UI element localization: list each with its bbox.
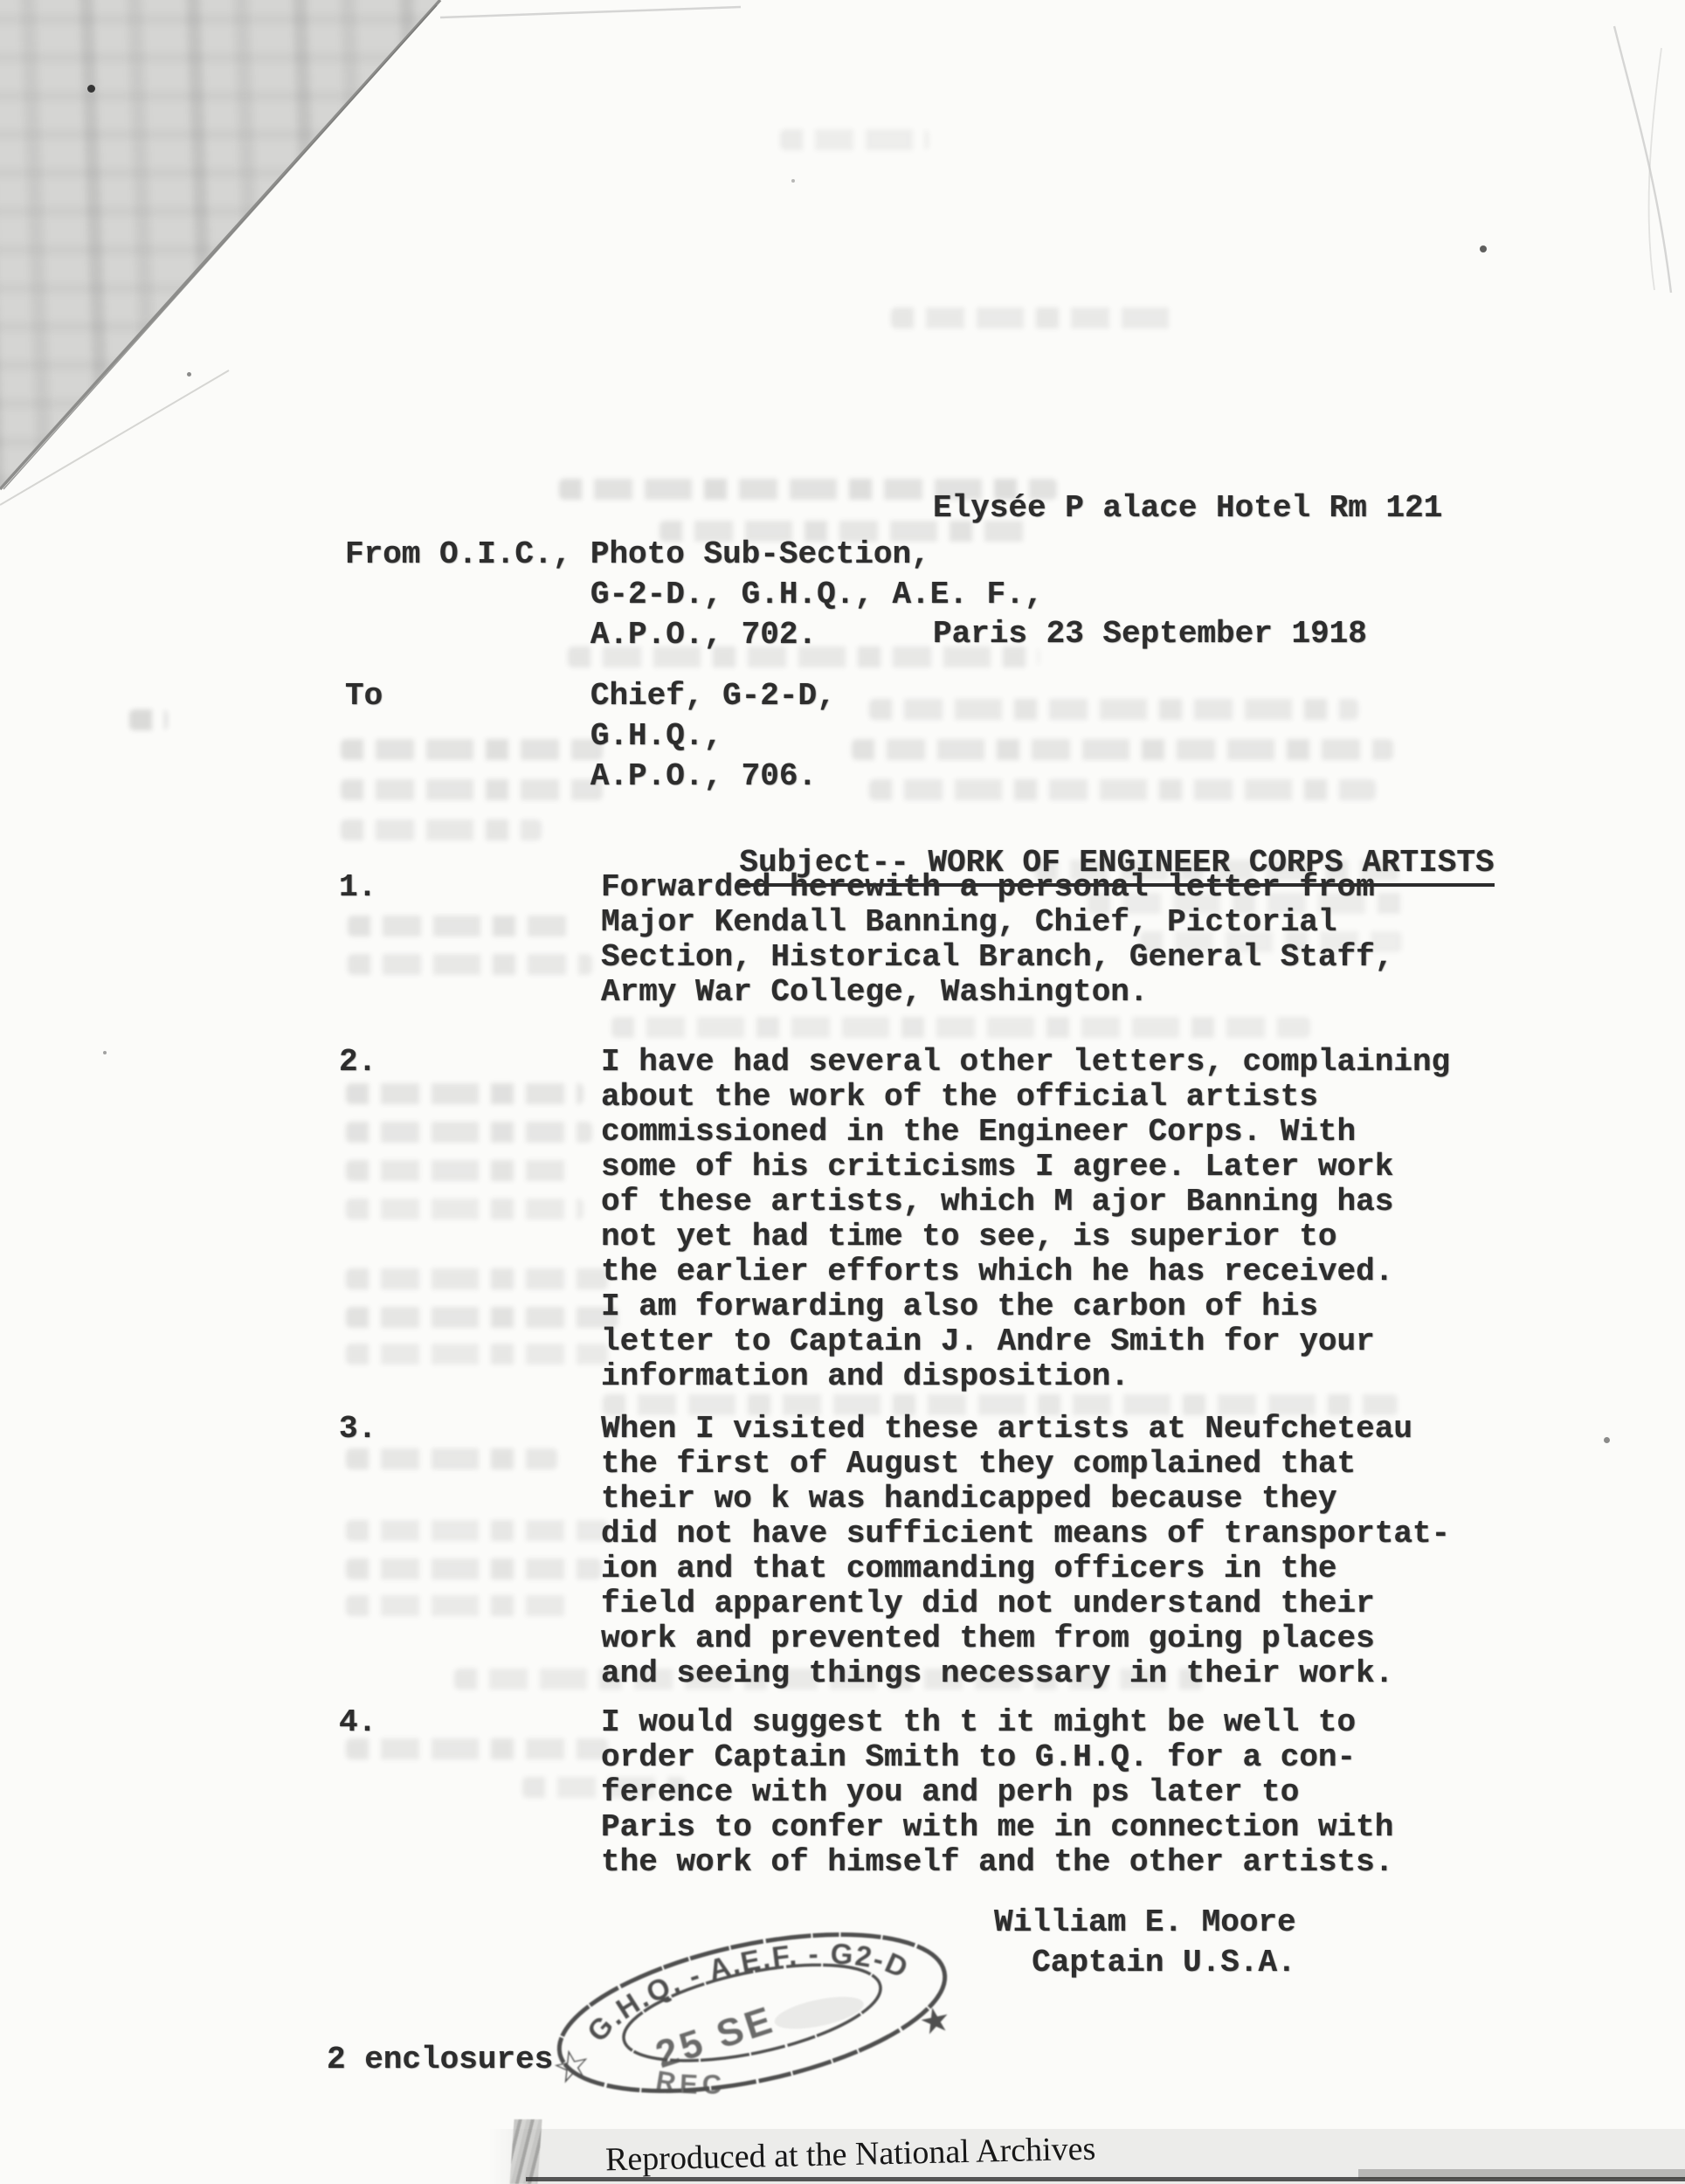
received-stamp: G.H.Q. - A.E.F. - G2-D REC 25 SE ☆ ★ — [529, 1880, 984, 2151]
ink-speck — [187, 372, 191, 377]
hotel-name-line: Elysée P alace Hotel Rm 121 — [933, 487, 1442, 529]
bleedthrough-line — [346, 1307, 618, 1328]
from-block: From O.I.C., Photo Sub-Section, G-2-D., … — [345, 535, 1043, 655]
under-page-edge — [440, 7, 741, 17]
corner-crease-2 — [1649, 48, 1661, 290]
bleedthrough-line — [129, 709, 168, 730]
bleedthrough-line — [346, 1344, 608, 1365]
paragraph-text: I would suggest th t it might be well to… — [601, 1705, 1393, 1880]
paragraph-number: 1. — [339, 870, 376, 905]
bleedthrough-line — [348, 954, 592, 975]
bleedthrough-line — [346, 1738, 608, 1759]
ink-speck — [87, 85, 95, 93]
paragraph-number: 4. — [339, 1705, 376, 1740]
enclosures-note: 2 enclosures — [327, 2042, 553, 2077]
paragraph-number: 2. — [339, 1045, 376, 1080]
bottom-edge-line — [526, 2177, 1685, 2181]
stamp-star-right-icon: ★ — [915, 1999, 954, 2042]
paragraph: 2. I have had several other letters, com… — [0, 1045, 1685, 1054]
bleedthrough-line — [869, 779, 1376, 800]
stamp-star-left-icon: ☆ — [548, 2038, 596, 2094]
bleedthrough-line — [780, 129, 929, 150]
to-block: To Chief, G-2-D, G.H.Q., A.P.O., 706. — [345, 676, 836, 797]
bleedthrough-line — [346, 1160, 575, 1181]
paragraph-number: 3. — [339, 1412, 376, 1447]
paragraph: 1. Forwarded herewith a personal letter … — [0, 870, 1685, 879]
corner-crease — [1614, 26, 1671, 293]
paragraph-text: Forwarded herewith a personal letter fro… — [601, 870, 1393, 1010]
ink-speck — [1480, 245, 1487, 252]
bleedthrough-line — [852, 739, 1393, 760]
bleedthrough-line — [341, 819, 542, 840]
bleedthrough-line — [346, 1199, 584, 1220]
paragraph: 3. When I visited these artists at Neufc… — [0, 1412, 1685, 1420]
bleedthrough-line — [346, 1083, 584, 1104]
signature-block: William E. Moore Captain U.S.A. — [994, 1903, 1296, 1983]
bleedthrough-line — [891, 308, 1179, 328]
folded-corner — [0, 0, 463, 515]
ink-speck — [791, 179, 795, 183]
bleedthrough-line — [346, 1520, 608, 1541]
ink-speck — [103, 1051, 107, 1054]
bleedthrough-line — [346, 1595, 575, 1616]
bleedthrough-line — [611, 1017, 1310, 1038]
paragraph: 4. I would suggest th t it might be well… — [0, 1705, 1685, 1714]
bleedthrough-line — [346, 1268, 608, 1289]
stamp-date-text: 25 SE — [651, 1998, 780, 2077]
tape-smudge — [509, 2119, 542, 2184]
document-page: Elysée P alace Hotel Rm 121 Paris 23 Sep… — [0, 0, 1685, 2184]
stamp-date-smudge — [772, 1991, 867, 2035]
bleedthrough-line — [348, 916, 577, 936]
paragraph-text: When I visited these artists at Neufchet… — [601, 1412, 1450, 1691]
bleedthrough-line — [346, 1122, 592, 1143]
bleedthrough-line — [346, 1448, 557, 1469]
ink-speck — [1604, 1437, 1610, 1443]
paragraph-text: I have had several other letters, compla… — [601, 1045, 1450, 1394]
bleedthrough-line — [346, 1559, 601, 1579]
